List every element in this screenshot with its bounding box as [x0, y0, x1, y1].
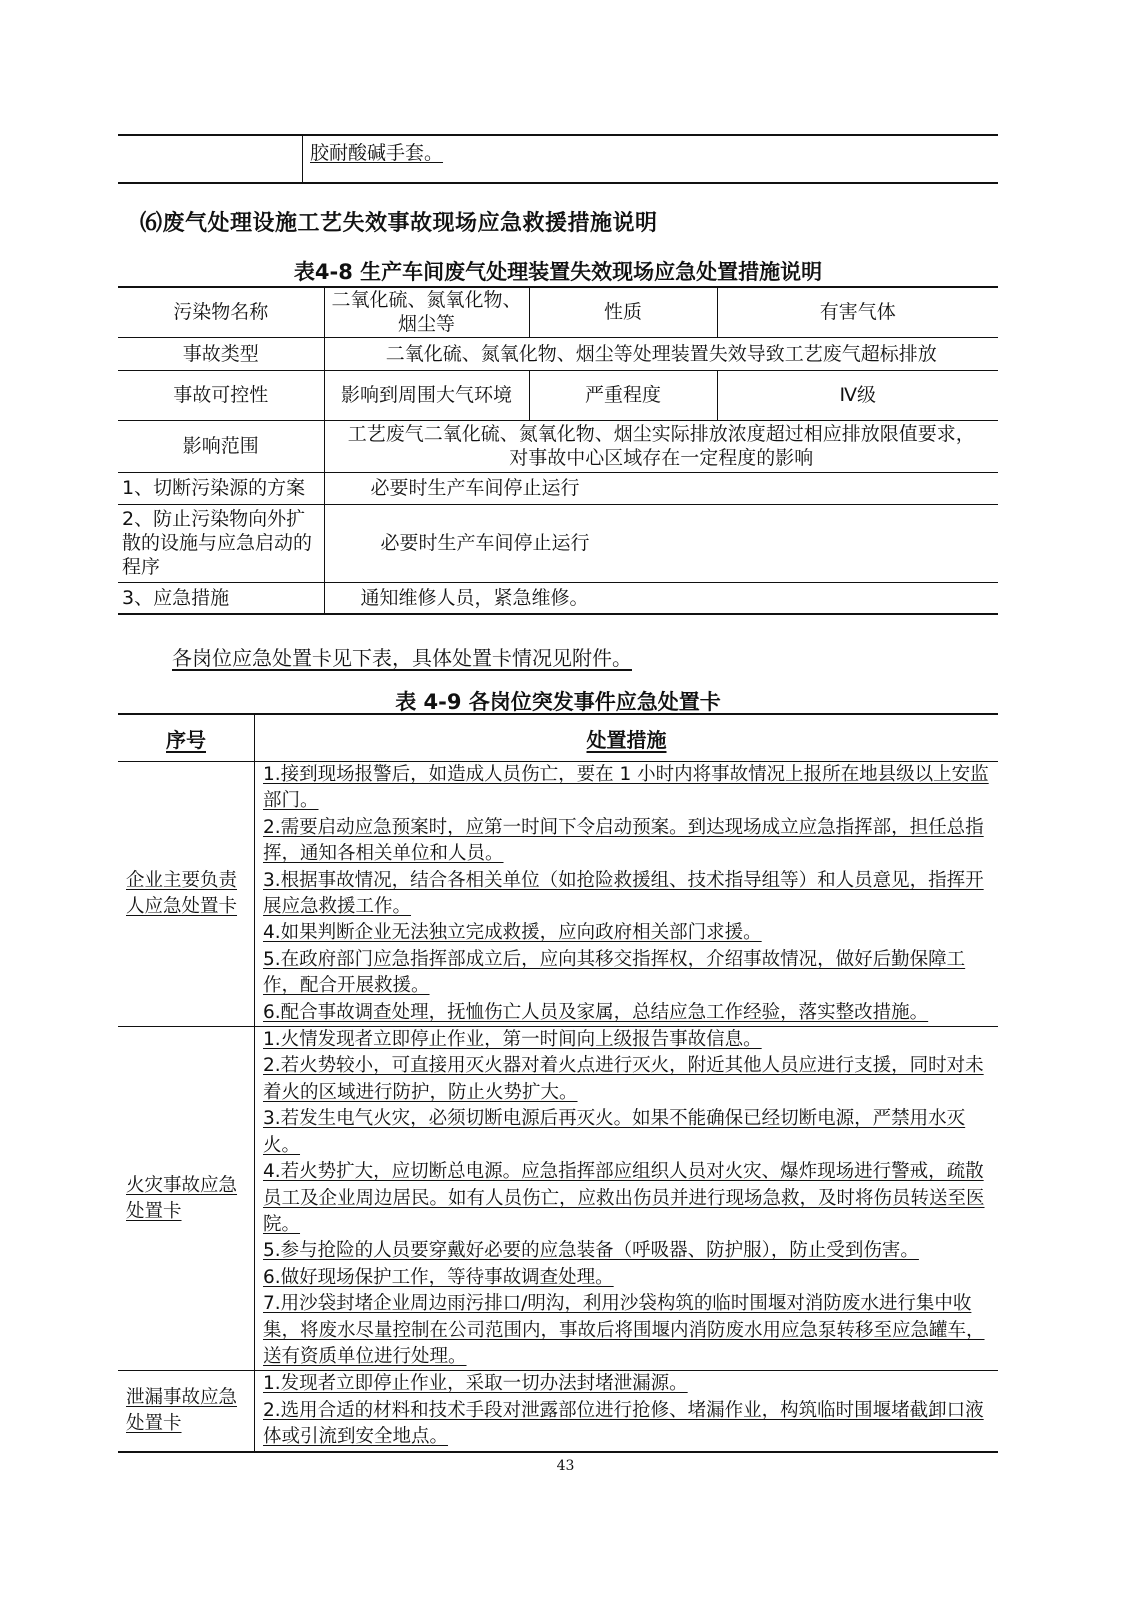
table-row: 事故可控性 影响到周围大气环境 严重程度 Ⅳ级: [118, 370, 998, 420]
step-item: 4.如果判断企业无法独立完成救援，应向政府相关部门求援。: [263, 920, 992, 946]
pollutant-label: 污染物名称: [118, 287, 324, 337]
step-item: 2.若火势较小，可直接用灭火器对着火点进行灭火，附近其他人员应进行支援，同时对未…: [263, 1053, 992, 1106]
nature-value: 有害气体: [717, 287, 998, 337]
cutoff-label: 1、切断污染源的方案: [118, 472, 324, 504]
continuation-text: 胶耐酸碱手套。: [310, 138, 443, 165]
scope-value-line1: 工艺废气二氧化硫、氮氧化物、烟尘实际排放浓度超过相应排放限值要求，: [329, 422, 995, 446]
continuation-table: 胶耐酸碱手套。: [118, 134, 998, 184]
table-header-row: 序号 处置措施: [118, 714, 998, 762]
table-4-9: 序号 处置措施 企业主要负责人应急处置卡 1.接到现场报警后，如造成人员伤亡，要…: [118, 713, 998, 1453]
table-4-8-caption: 表4-8 生产车间废气处理装置失效现场应急处置措施说明: [118, 256, 998, 286]
severity-value: Ⅳ级: [717, 370, 998, 420]
table-row: 3、应急措施 通知维修人员，紧急维修。: [118, 582, 998, 614]
table-row: 污染物名称 二氧化硫、氮氧化物、烟尘等 性质 有害气体: [118, 287, 998, 337]
severity-label: 严重程度: [529, 370, 717, 420]
step-item: 2.需要启动应急预案时，应第一时间下令启动预案。到达现场成立应急指挥部，担任总指…: [263, 815, 992, 868]
step-item: 5.在政府部门应急指挥部成立后，应向其移交指挥权，介绍事故情况，做好后勤保障工作…: [263, 947, 992, 1000]
step-item: 3.根据事故情况，结合各相关单位（如抢险救援组、技术指导组等）和人员意见，指挥开…: [263, 868, 992, 921]
card-steps: 1.发现者立即停止作业，采取一切办法封堵泄漏源。 2.选用合适的材料和技术手段对…: [255, 1371, 999, 1452]
scope-value-line2: 对事故中心区域存在一定程度的影响: [329, 446, 995, 470]
prevent-value: 必要时生产车间停止运行: [324, 504, 998, 582]
step-item: 5.参与抢险的人员要穿戴好必要的应急装备（呼吸器、防护服），防止受到伤害。: [263, 1238, 992, 1264]
table-row: 事故类型 二氧化硫、氮氧化物、烟尘等处理装置失效导致工艺废气超标排放: [118, 337, 998, 370]
card-role: 泄漏事故应急处置卡: [118, 1371, 255, 1452]
nature-label: 性质: [529, 287, 717, 337]
step-item: 1.发现者立即停止作业，采取一切办法封堵泄漏源。: [263, 1371, 992, 1397]
table-row: 2、防止污染物向外扩散的设施与应急启动的程序 必要时生产车间停止运行: [118, 504, 998, 582]
table-row: 火灾事故应急处置卡 1.火情发现者立即停止作业，第一时间向上级报告事故信息。 2…: [118, 1027, 998, 1371]
card-steps: 1.火情发现者立即停止作业，第一时间向上级报告事故信息。 2.若火势较小，可直接…: [255, 1027, 999, 1371]
prevent-label: 2、防止污染物向外扩散的设施与应急启动的程序: [118, 504, 324, 582]
column-divider: [302, 136, 303, 182]
cutoff-value: 必要时生产车间停止运行: [324, 472, 998, 504]
measures-label: 3、应急措施: [118, 582, 324, 614]
table-row: 企业主要负责人应急处置卡 1.接到现场报警后，如造成人员伤亡，要在 1 小时内将…: [118, 762, 998, 1027]
controllability-label: 事故可控性: [118, 370, 324, 420]
scope-label: 影响范围: [118, 420, 324, 472]
card-steps: 1.接到现场报警后，如造成人员伤亡，要在 1 小时内将事故情况上报所在地县级以上…: [255, 762, 999, 1027]
table-4-8: 污染物名称 二氧化硫、氮氧化物、烟尘等 性质 有害气体 事故类型 二氧化硫、氮氧…: [118, 286, 998, 615]
step-item: 1.接到现场报警后，如造成人员伤亡，要在 1 小时内将事故情况上报所在地县级以上…: [263, 762, 992, 815]
measures-value: 通知维修人员，紧急维修。: [324, 582, 998, 614]
table-4-9-caption: 表 4-9 各岗位突发事件应急处置卡: [118, 686, 998, 716]
table-row: 泄漏事故应急处置卡 1.发现者立即停止作业，采取一切办法封堵泄漏源。 2.选用合…: [118, 1371, 998, 1452]
header-index: 序号: [118, 714, 255, 762]
card-role: 企业主要负责人应急处置卡: [118, 762, 255, 1027]
step-item: 6.做好现场保护工作，等待事故调查处理。: [263, 1265, 992, 1291]
step-item: 7.用沙袋封堵企业周边雨污排口/明沟，利用沙袋构筑的临时围堰对消防废水进行集中收…: [263, 1291, 992, 1370]
step-item: 3.若发生电气火灾，必须切断电源后再灭火。如果不能确保已经切断电源，严禁用水灭火…: [263, 1106, 992, 1159]
card-role: 火灾事故应急处置卡: [118, 1027, 255, 1371]
table-row: 1、切断污染源的方案 必要时生产车间停止运行: [118, 472, 998, 504]
step-item: 4.若火势扩大，应切断总电源。应急指挥部应组织人员对火灾、爆炸现场进行警戒，疏散…: [263, 1159, 992, 1238]
document-page: 胶耐酸碱手套。 ⑹废气处理设施工艺失效事故现场应急救援措施说明 表4-8 生产车…: [0, 0, 1131, 1600]
page-number: 43: [0, 1458, 1131, 1474]
note-text: 各岗位应急处置卡见下表，具体处置卡情况见附件。: [172, 642, 632, 671]
pollutant-value: 二氧化硫、氮氧化物、烟尘等: [324, 287, 529, 337]
accident-type-value: 二氧化硫、氮氧化物、烟尘等处理装置失效导致工艺废气超标排放: [324, 337, 998, 370]
header-measures: 处置措施: [255, 714, 999, 762]
controllability-value: 影响到周围大气环境: [324, 370, 529, 420]
step-item: 1.火情发现者立即停止作业，第一时间向上级报告事故信息。: [263, 1027, 992, 1053]
accident-type-label: 事故类型: [118, 337, 324, 370]
table-row: 影响范围 工艺废气二氧化硫、氮氧化物、烟尘实际排放浓度超过相应排放限值要求， 对…: [118, 420, 998, 472]
step-item: 6.配合事故调查处理，抚恤伤亡人员及家属，总结应急工作经验，落实整改措施。: [263, 1000, 992, 1026]
section-heading: ⑹废气处理设施工艺失效事故现场应急救援措施说明: [140, 206, 658, 237]
step-item: 2.选用合适的材料和技术手段对泄露部位进行抢修、堵漏作业，构筑临时围堰堵截卸口液…: [263, 1398, 992, 1451]
scope-value: 工艺废气二氧化硫、氮氧化物、烟尘实际排放浓度超过相应排放限值要求， 对事故中心区…: [324, 420, 998, 472]
